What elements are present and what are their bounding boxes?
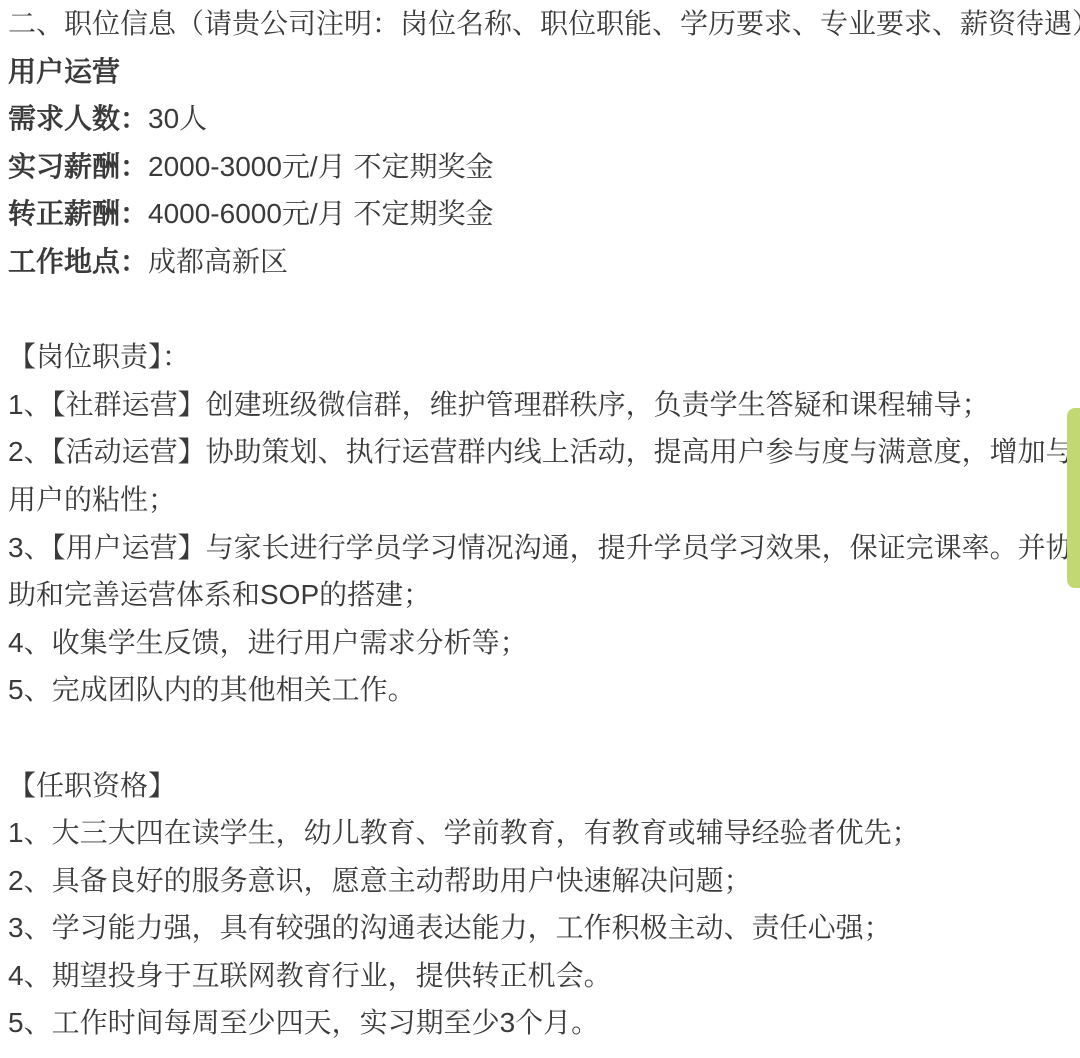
qualification-line: 1、大三大四在读学生，幼儿教育、学前教育，有教育或辅导经验者优先； <box>8 809 1080 857</box>
field-headcount-label: 需求人数： <box>8 103 148 134</box>
field-fulltime-salary: 转正薪酬：4000-6000元/月 不定期奖金 <box>8 190 1080 238</box>
responsibility-line: 4、收集学生反馈，进行用户需求分析等； <box>8 619 1080 667</box>
spacer <box>8 286 1080 334</box>
field-headcount: 需求人数：30人 <box>8 95 1080 143</box>
spacer <box>8 714 1080 762</box>
responsibility-line: 1、【社群运营】创建班级微信群，维护管理群秩序，负责学生答疑和课程辅导； <box>8 381 1080 429</box>
qualification-line: 3、学习能力强，具有较强的沟通表达能力，工作积极主动、责任心强； <box>8 904 1080 952</box>
field-headcount-value: 30人 <box>148 103 207 134</box>
position-title: 用户运营 <box>8 48 1080 96</box>
field-location-value: 成都高新区 <box>148 246 288 277</box>
responsibility-line: 5、完成团队内的其他相关工作。 <box>8 666 1080 714</box>
field-intern-salary-value: 2000-3000元/月 不定期奖金 <box>148 151 493 182</box>
job-description-document: 二、职位信息（请贵公司注明：岗位名称、职位职能、学历要求、专业要求、薪资待遇） … <box>8 0 1080 1047</box>
field-fulltime-salary-value: 4000-6000元/月 不定期奖金 <box>148 198 493 229</box>
responsibility-line: 3、【用户运营】与家长进行学员学习情况沟通，提升学员学习效果，保证完课率。并协 <box>8 524 1080 572</box>
field-intern-salary: 实习薪酬：2000-3000元/月 不定期奖金 <box>8 143 1080 191</box>
responsibility-line: 助和完善运营体系和SOP的搭建； <box>8 571 1080 619</box>
field-location: 工作地点：成都高新区 <box>8 238 1080 286</box>
field-fulltime-salary-label: 转正薪酬： <box>8 198 148 229</box>
scrollbar-thumb[interactable] <box>1067 408 1080 588</box>
qualification-line: 2、具备良好的服务意识，愿意主动帮助用户快速解决问题； <box>8 857 1080 905</box>
qualification-line: 4、期望投身于互联网教育行业，提供转正机会。 <box>8 952 1080 1000</box>
section-title: 二、职位信息（请贵公司注明：岗位名称、职位职能、学历要求、专业要求、薪资待遇） <box>8 0 1080 48</box>
responsibilities-heading: 【岗位职责】： <box>8 333 1080 381</box>
responsibility-line: 2、【活动运营】协助策划、执行运营群内线上活动，提高用户参与度与满意度，增加与 <box>8 428 1080 476</box>
field-location-label: 工作地点： <box>8 246 148 277</box>
qualification-line: 5、工作时间每周至少四天，实习期至少3个月。 <box>8 999 1080 1047</box>
responsibility-line: 用户的粘性； <box>8 476 1080 524</box>
qualifications-heading: 【任职资格】 <box>8 762 1080 810</box>
field-intern-salary-label: 实习薪酬： <box>8 151 148 182</box>
